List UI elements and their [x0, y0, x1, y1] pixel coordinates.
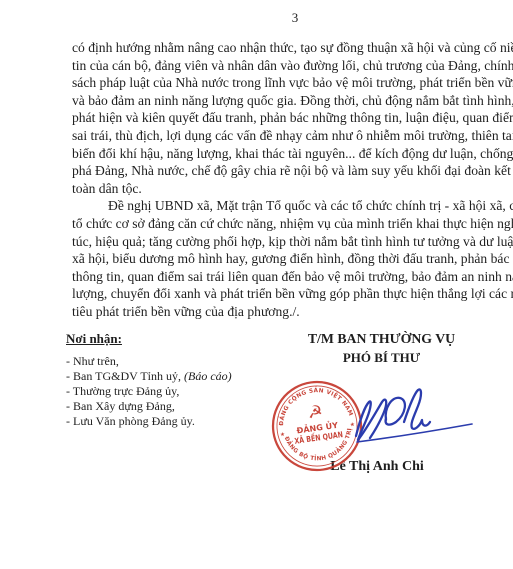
- recipient-item: - Ban Xây dựng Đảng,: [66, 399, 296, 414]
- signature-stroke: [386, 398, 405, 425]
- body-line: thông tin, quan điểm sai trái liên quan …: [72, 268, 496, 286]
- body-line: lượng, chuyển đổi xanh và phát triển bền…: [72, 285, 496, 303]
- body-line: và bảo đảm an ninh năng lượng quốc gia. …: [72, 92, 496, 110]
- body-line: phá Đảng, Nhà nước, chế độ gây chia rẽ n…: [72, 162, 496, 180]
- body-line: sai trái, thù địch, lợi dụng các vấn đề …: [72, 127, 496, 145]
- recipients-block: Nơi nhận: - Như trên,- Ban TG&DV Tỉnh uỷ…: [66, 331, 296, 429]
- page-number: 3: [275, 10, 315, 26]
- hammer-sickle-icon: ☭: [306, 401, 324, 423]
- signoff-authority: T/M BAN THƯỜNG VỤ: [299, 331, 464, 347]
- body-line: tổ chức cơ sở đảng căn cứ chức năng, nhi…: [72, 215, 496, 233]
- signature-stroke: [358, 400, 386, 440]
- body-line: xã hội, biểu dương mô hình hay, gương đi…: [72, 250, 496, 268]
- stamp-star-left: ★: [280, 431, 286, 439]
- body-text: có định hướng nhằm nâng cao nhận thức, t…: [72, 39, 496, 321]
- body-line: sách pháp luật của Nhà nước trong lĩnh v…: [72, 74, 496, 92]
- recipient-item: - Như trên,: [66, 354, 296, 369]
- body-line: có định hướng nhằm nâng cao nhận thức, t…: [72, 39, 496, 57]
- document-page: { "page": { "number": "3" }, "body": { "…: [0, 0, 513, 569]
- body-line: Đề nghị UBND xã, Mặt trận Tổ quốc và các…: [72, 197, 496, 215]
- recipient-item: - Thường trực Đảng ủy,: [66, 384, 296, 399]
- signature-stroke: [404, 389, 430, 428]
- signoff-title: PHÓ BÍ THƯ: [299, 350, 464, 366]
- body-line: tin của cán bộ, đảng viên và nhân dân và…: [72, 57, 496, 75]
- recipients-list: - Như trên,- Ban TG&DV Tỉnh uỷ, (Báo cáo…: [66, 354, 296, 429]
- recipients-heading: Nơi nhận:: [66, 331, 296, 347]
- body-line: tiêu phát triển bền vững của địa phương.…: [72, 303, 496, 321]
- recipient-item: - Lưu Văn phòng Đảng ủy.: [66, 414, 296, 429]
- body-line: phát hiện và kiên quyết đấu tranh, phản …: [72, 109, 496, 127]
- body-line: túc, hiệu quả; tăng cường phối hợp, kịp …: [72, 233, 496, 251]
- recipient-item: - Ban TG&DV Tỉnh uỷ, (Báo cáo): [66, 369, 296, 384]
- body-line: biến đổi khí hậu, năng lượng, khai thác …: [72, 145, 496, 163]
- signoff-block: T/M BAN THƯỜNG VỤ PHÓ BÍ THƯ: [299, 331, 464, 366]
- body-line: toàn dân tộc.: [72, 180, 496, 198]
- handwritten-signature: [338, 386, 478, 446]
